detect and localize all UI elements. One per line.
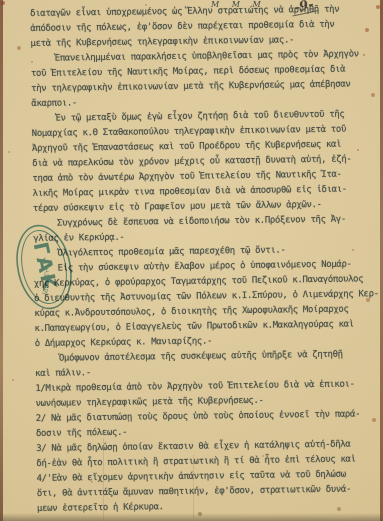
gak-archive-stamp: ΙΔΙΟΚΤΗΣΙΑ ΓΑΚ	[5, 216, 83, 318]
stamp-org-label: ΓΑΚ	[29, 240, 63, 294]
document-page: Μ Μ Μ -9- διαταγῶν εἶναι ὑποχρεωμένος ὡς…	[0, 0, 383, 521]
paper-left-edge	[0, 0, 3, 521]
